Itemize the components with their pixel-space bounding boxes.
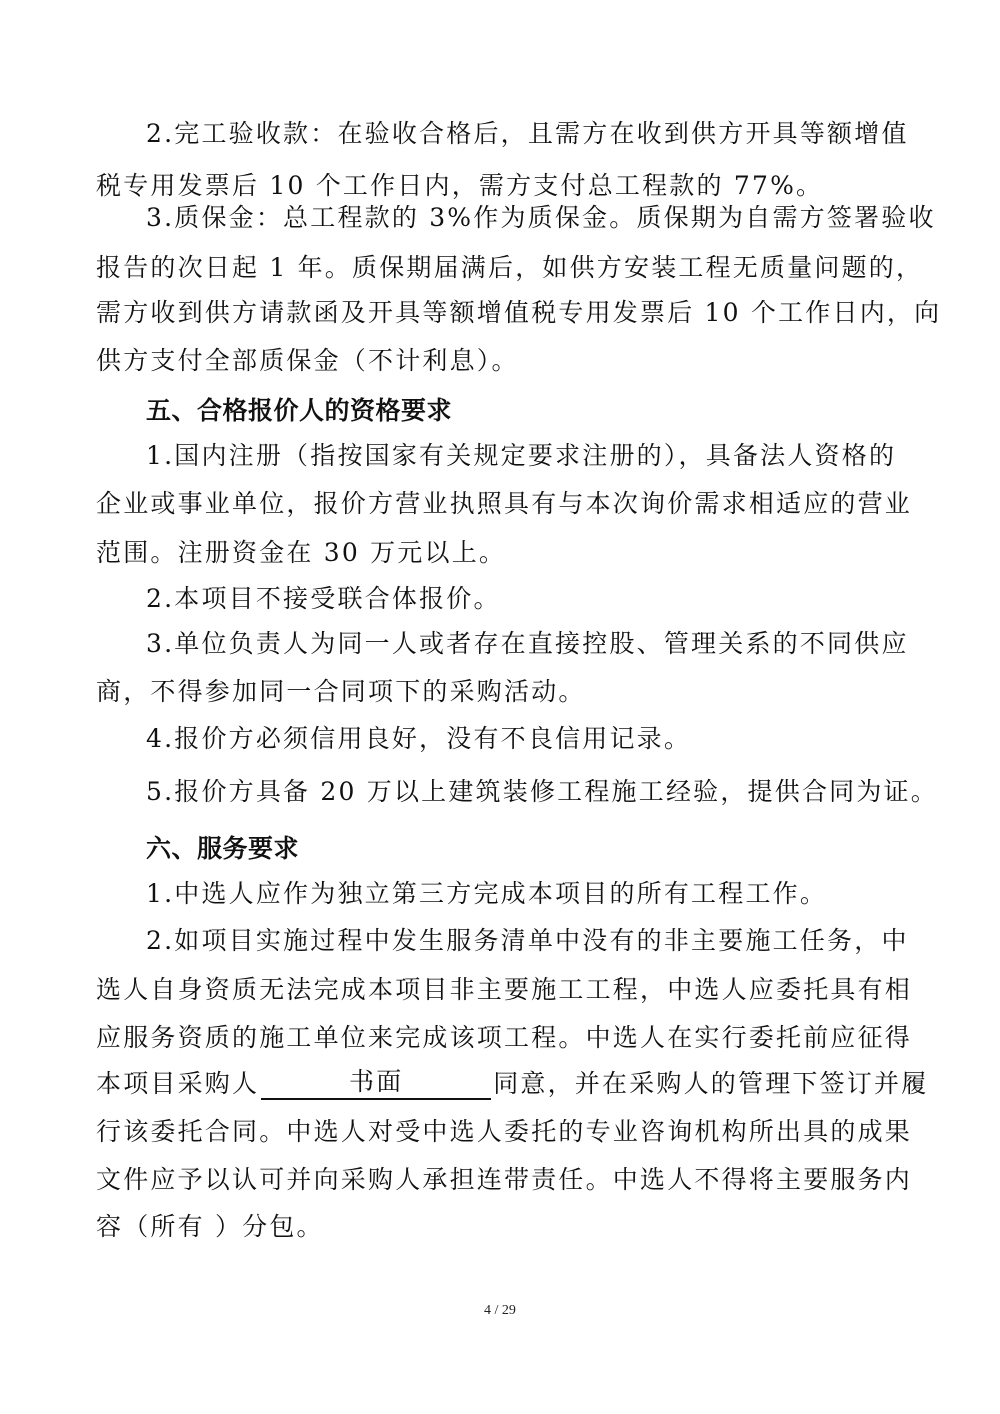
paragraph-line: 需方收到供方请款函及开具等额增值税专用发票后 10 个工作日内，向 (96, 297, 906, 329)
paragraph-line: 4.报价方必须信用良好，没有不良信用记录。 (146, 723, 956, 755)
line-text-before-blank: 本项目采购人 (96, 1069, 259, 1098)
paragraph-line: 文件应予以认可并向采购人承担连带责任。中选人不得将主要服务内 (96, 1164, 906, 1196)
document-page: 2.完工验收款：在验收合格后，且需方在收到供方开具等额增值 税专用发票后 10 … (0, 0, 1000, 1414)
paragraph-line-with-blank: 本项目采购人书面同意，并在采购人的管理下签订并履 (96, 1068, 906, 1100)
paragraph-line: 供方支付全部质保金（不计利息）。 (96, 345, 906, 377)
paragraph-line: 3.单位负责人为同一人或者存在直接控股、管理关系的不同供应 (146, 628, 956, 660)
paragraph-line: 容（所有 ）分包。 (96, 1211, 906, 1243)
paragraph-line: 1.国内注册（指按国家有关规定要求注册的），具备法人资格的 (146, 440, 956, 472)
page-number: 4 / 29 (0, 1303, 1000, 1319)
paragraph-line: 3.质保金：总工程款的 3%作为质保金。质保期为自需方签署验收 (146, 202, 956, 234)
paragraph-line: 1.中选人应作为独立第三方完成本项目的所有工程工作。 (146, 878, 956, 910)
paragraph-line: 2.如项目实施过程中发生服务清单中没有的非主要施工任务，中 (146, 925, 956, 957)
fill-in-blank: 书面 (261, 1068, 491, 1100)
paragraph-line: 报告的次日起 1 年。质保期届满后，如供方安装工程无质量问题的， (96, 252, 906, 284)
paragraph-line: 5.报价方具备 20 万以上建筑装修工程施工经验，提供合同为证。 (146, 776, 956, 808)
section-heading-6: 六、服务要求 (146, 833, 956, 865)
paragraph-line: 行该委托合同。中选人对受中选人委托的专业咨询机构所出具的成果 (96, 1116, 906, 1148)
paragraph-line: 商，不得参加同一合同项下的采购活动。 (96, 676, 906, 708)
paragraph-line: 应服务资质的施工单位来完成该项工程。中选人在实行委托前应征得 (96, 1022, 906, 1054)
paragraph-line: 企业或事业单位，报价方营业执照具有与本次询价需求相适应的营业 (96, 488, 906, 520)
paragraph-line: 2.本项目不接受联合体报价。 (146, 583, 956, 615)
paragraph-line: 税专用发票后 10 个工作日内，需方支付总工程款的 77%。 (96, 170, 906, 202)
paragraph-line: 2.完工验收款：在验收合格后，且需方在收到供方开具等额增值 (146, 118, 956, 150)
paragraph-line: 选人自身资质无法完成本项目非主要施工工程，中选人应委托具有相 (96, 974, 906, 1006)
section-heading-5: 五、合格报价人的资格要求 (146, 395, 956, 427)
line-text-after-blank: 同意，并在采购人的管理下签订并履 (493, 1069, 928, 1098)
paragraph-line: 范围。注册资金在 30 万元以上。 (96, 537, 906, 569)
